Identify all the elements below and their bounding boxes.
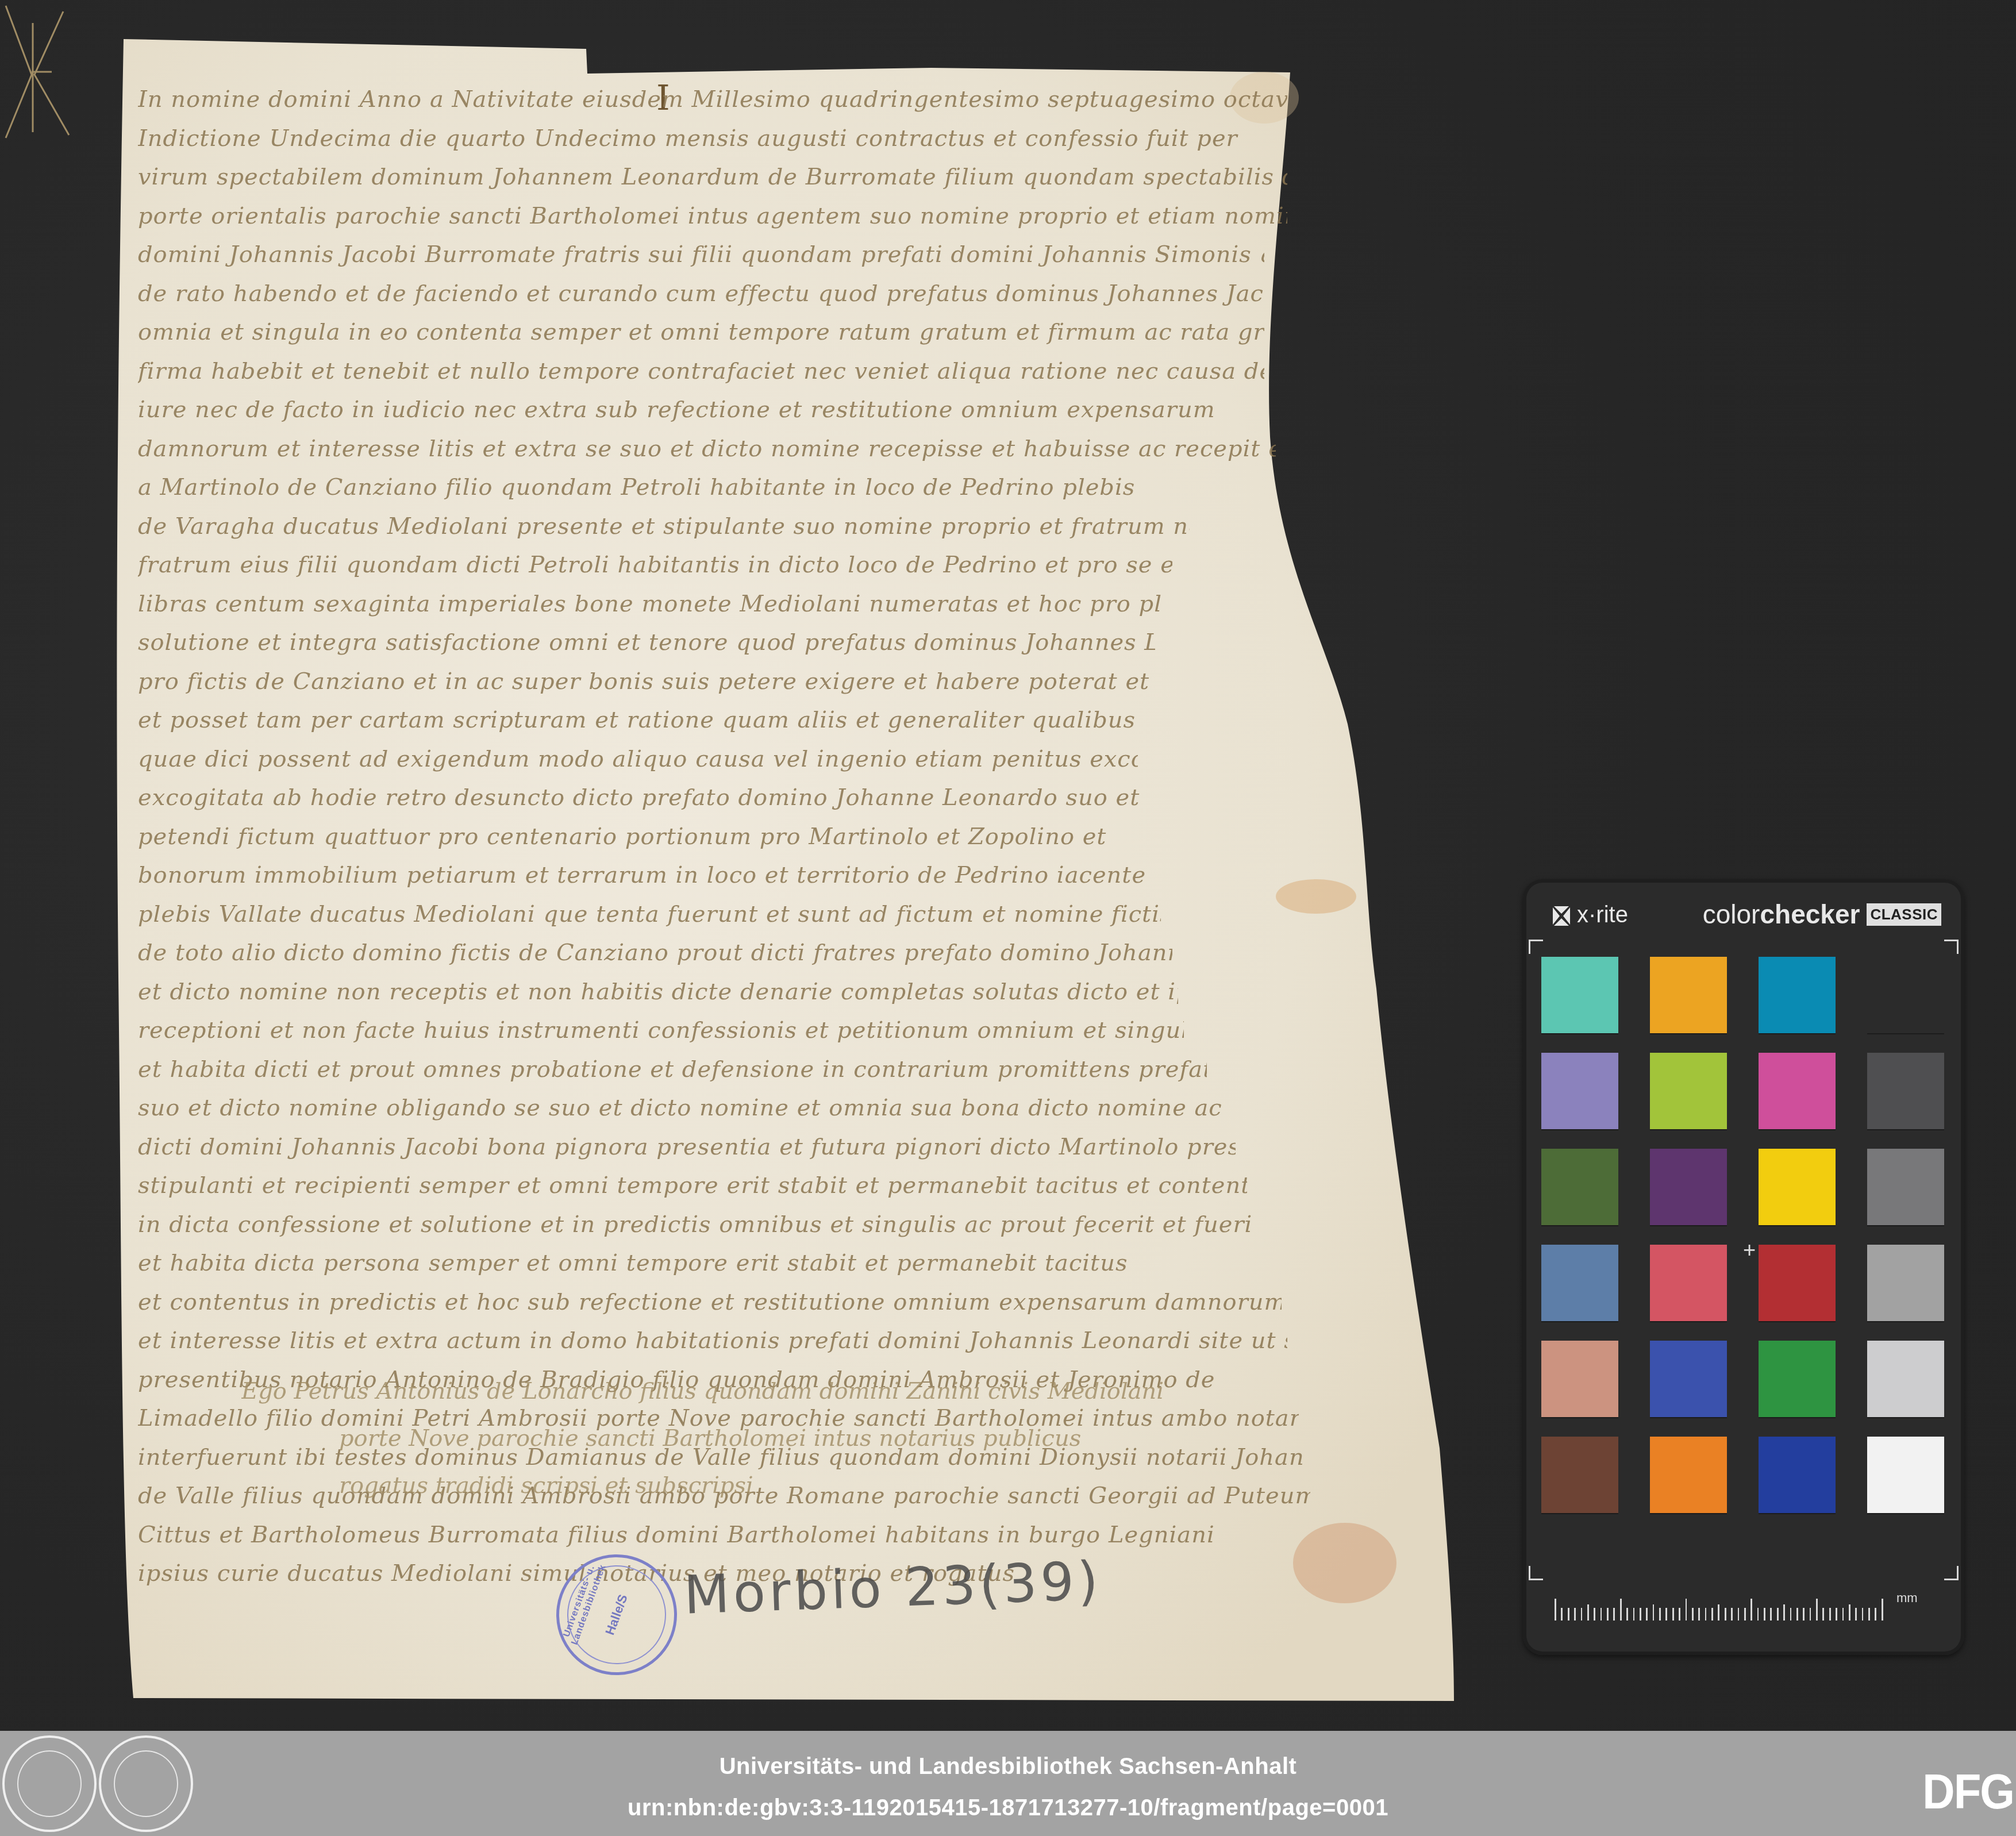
manuscript-line: et habita dicti et prout omnes probation… (138, 1050, 1207, 1090)
color-patch (1541, 1053, 1618, 1129)
notary-line: rogatus tradidi scripsi et subscripsi (241, 1462, 1391, 1509)
color-patch (1650, 1437, 1727, 1513)
ruler-tick (1882, 1599, 1883, 1621)
manuscript-line: pro fictis de Canziano et in ac super bo… (138, 663, 1149, 702)
ruler-tick (1581, 1608, 1583, 1621)
color-patch (1650, 1053, 1727, 1129)
color-patch (1867, 1053, 1944, 1129)
mm-ruler (1555, 1592, 1888, 1621)
ruler-tick (1862, 1608, 1864, 1621)
color-patch (1759, 1341, 1836, 1417)
manuscript-line: In nomine domini Anno a Nativitate eiusd… (138, 80, 1287, 120)
color-patch (1867, 957, 1944, 1033)
manuscript-line: porte orientalis parochie sancti Barthol… (138, 197, 1287, 236)
ruler-tick (1574, 1608, 1576, 1621)
manuscript-line: in dicta confessione et solutione et in … (138, 1206, 1253, 1245)
ruler-tick (1783, 1604, 1785, 1621)
manuscript-line: et contentus in predictis et hoc sub ref… (138, 1283, 1282, 1322)
color-patch (1867, 1245, 1944, 1321)
color-patch (1650, 1245, 1727, 1321)
ruler-tick (1646, 1608, 1648, 1621)
manuscript-line: bonorum immobilium petiarum et terrarum … (138, 856, 1149, 895)
ruler-tick (1750, 1599, 1752, 1621)
xrite-brand-text: x·rite (1577, 902, 1628, 928)
ruler-tick (1613, 1608, 1615, 1621)
color-patch (1650, 1149, 1727, 1225)
color-patch (1867, 1437, 1944, 1513)
ruler-tick (1796, 1608, 1798, 1621)
ruler-tick (1875, 1608, 1876, 1621)
color-patch (1541, 1437, 1618, 1513)
ruler-tick (1731, 1608, 1733, 1621)
manuscript-line: excogitata ab hodie retro desuncto dicto… (138, 779, 1144, 818)
ruler-tick (1868, 1608, 1870, 1621)
color-patch (1650, 957, 1727, 1033)
manuscript-line: dicti domini Johannis Jacobi bona pignor… (138, 1128, 1236, 1167)
manuscript-line: iure nec de facto in iudicio nec extra s… (138, 391, 1264, 430)
manuscript-line: et posset tam per cartam scripturam et r… (138, 701, 1138, 740)
ruler-tick (1653, 1604, 1655, 1621)
ruler-tick (1555, 1599, 1556, 1621)
manuscript-line: omnia et singula in eo contenta semper e… (138, 313, 1264, 352)
ruler-tick (1725, 1608, 1726, 1621)
manuscript-line: Cittus et Bartholomeus Burromata filius … (138, 1516, 1230, 1555)
colorchecker-title: colorchecker CLASSIC (1703, 899, 1941, 930)
ruler-tick (1679, 1608, 1680, 1621)
color-patch (1759, 1053, 1836, 1129)
notary-subscription: Ego Petrus Antonius de Lonarcho filius q… (241, 1368, 1391, 1509)
ruler-tick (1822, 1608, 1824, 1621)
notary-line: Ego Petrus Antonius de Lonarcho filius q… (241, 1368, 1391, 1415)
ruler-tick (1764, 1608, 1765, 1621)
manuscript-line: receptioni et non facte huius instrument… (138, 1011, 1184, 1050)
color-patch (1867, 1149, 1944, 1225)
ruler-tick (1836, 1608, 1837, 1621)
color-patch (1867, 1341, 1944, 1417)
classic-badge: CLASSIC (1867, 903, 1941, 926)
manuscript-line: fratrum eius filii quondam dicti Petroli… (138, 546, 1172, 585)
institution-name: Universitäts- und Landesbibliothek Sachs… (0, 1754, 2016, 1780)
manuscript-line: et dicto nomine non receptis et non habi… (138, 973, 1178, 1012)
ruler-tick (1640, 1608, 1641, 1621)
title-light: color (1703, 899, 1760, 929)
ruler-tick (1744, 1608, 1746, 1621)
ruler-tick (1738, 1608, 1740, 1621)
crop-mark-top-left (1529, 940, 1543, 954)
ruler-tick (1777, 1608, 1779, 1621)
ruler-tick (1633, 1608, 1635, 1621)
color-patch (1541, 1341, 1618, 1417)
manuscript-line: et habita dicta persona semper et omni t… (138, 1244, 1270, 1283)
crosshair-icon: + (1743, 1240, 1756, 1261)
crop-mark-top-right (1944, 940, 1959, 954)
ruler-tick (1705, 1608, 1707, 1621)
manuscript-line: Indictione Undecima die quarto Undecimo … (138, 120, 1287, 159)
ruler-tick (1672, 1608, 1674, 1621)
color-patch (1759, 1245, 1836, 1321)
ruler-tick (1665, 1608, 1667, 1621)
manuscript-line: et interesse litis et extra actum in dom… (138, 1322, 1287, 1361)
ruler-tick (1718, 1604, 1719, 1621)
color-patch (1541, 1245, 1618, 1321)
ruler-tick (1620, 1599, 1622, 1621)
color-checker-card: x·rite colorchecker CLASSIC + mm (1523, 879, 1964, 1655)
ruler-tick (1855, 1608, 1857, 1621)
manuscript-line: damnorum et interesse litis et extra se … (138, 430, 1276, 469)
ruler-tick (1594, 1608, 1595, 1621)
ruler-tick (1568, 1608, 1569, 1621)
ruler-tick (1790, 1608, 1792, 1621)
ruler-unit-label: mm (1896, 1591, 1918, 1606)
manuscript-line: a Martinolo de Canziano filio quondam Pe… (138, 468, 1184, 507)
ruler-tick (1842, 1608, 1844, 1621)
color-patch (1541, 957, 1618, 1033)
crop-mark-bottom-left (1529, 1566, 1543, 1580)
crop-mark-bottom-right (1944, 1566, 1959, 1580)
ruler-tick (1810, 1608, 1811, 1621)
ruler-tick (1659, 1608, 1661, 1621)
ruler-tick (1587, 1604, 1589, 1621)
ruler-tick (1803, 1608, 1805, 1621)
dfg-logo: DFG (1922, 1762, 2014, 1820)
ruler-tick (1692, 1608, 1694, 1621)
manuscript-line: de rato habendo et de faciendo et curand… (138, 275, 1264, 314)
title-bold: checker (1760, 899, 1860, 929)
color-patch (1759, 1437, 1836, 1513)
manuscript-line: firma habebit et tenebit et nullo tempor… (138, 352, 1264, 391)
manuscript-line: plebis Vallate ducatus Mediolani que ten… (138, 895, 1161, 934)
manuscript-line: libras centum sexaginta imperiales bone … (138, 585, 1161, 624)
color-patch (1650, 1341, 1727, 1417)
manuscript-line: petendi fictum quattuor pro centenario p… (138, 818, 1138, 857)
ruler-tick (1770, 1608, 1772, 1621)
manuscript-line: virum spectabilem dominum Johannem Leona… (138, 158, 1287, 197)
manuscript-line: quae dici possent ad exigendum modo aliq… (138, 740, 1138, 779)
ruler-tick (1757, 1608, 1759, 1621)
manuscript-line: de toto alio dicto domino fictis de Canz… (138, 934, 1172, 973)
notary-line: porte Nove parochie sancti Bartholomei i… (241, 1415, 1391, 1462)
manuscript-body-text: In nomine domini Anno a Nativitate eiusd… (138, 80, 1322, 1593)
xrite-logo: x·rite (1552, 902, 1628, 928)
color-patch-grid (1541, 957, 1944, 1513)
color-patch (1759, 1149, 1836, 1225)
ruler-tick (1816, 1599, 1818, 1621)
ruler-tick (1601, 1608, 1602, 1621)
footer-bar: Universitäts- und Landesbibliothek Sachs… (0, 1731, 2016, 1836)
ruler-tick (1607, 1608, 1609, 1621)
urn-identifier[interactable]: urn:nbn:de:gbv:3:3-1192015415-1871713277… (0, 1795, 2016, 1821)
manuscript-line: de Varagha ducatus Mediolani presente et… (138, 507, 1190, 546)
notary-signum-icon (0, 0, 80, 144)
manuscript-line: domini Johannis Jacobi Burromate fratris… (138, 236, 1264, 275)
xrite-x-icon (1552, 906, 1571, 925)
ruler-tick (1686, 1599, 1687, 1621)
ruler-tick (1698, 1608, 1700, 1621)
color-patch (1759, 957, 1836, 1033)
ruler-tick (1849, 1604, 1850, 1621)
ruler-tick (1561, 1608, 1563, 1621)
manuscript-line: solutione et integra satisfactione omni … (138, 623, 1155, 663)
ruler-tick (1711, 1608, 1713, 1621)
manuscript-line: suo et dicto nomine obligando se suo et … (138, 1089, 1224, 1128)
color-patch (1541, 1149, 1618, 1225)
ruler-tick (1829, 1608, 1831, 1621)
ruler-tick (1626, 1608, 1628, 1621)
manuscript-line: stipulanti et recipienti semper et omni … (138, 1167, 1247, 1206)
